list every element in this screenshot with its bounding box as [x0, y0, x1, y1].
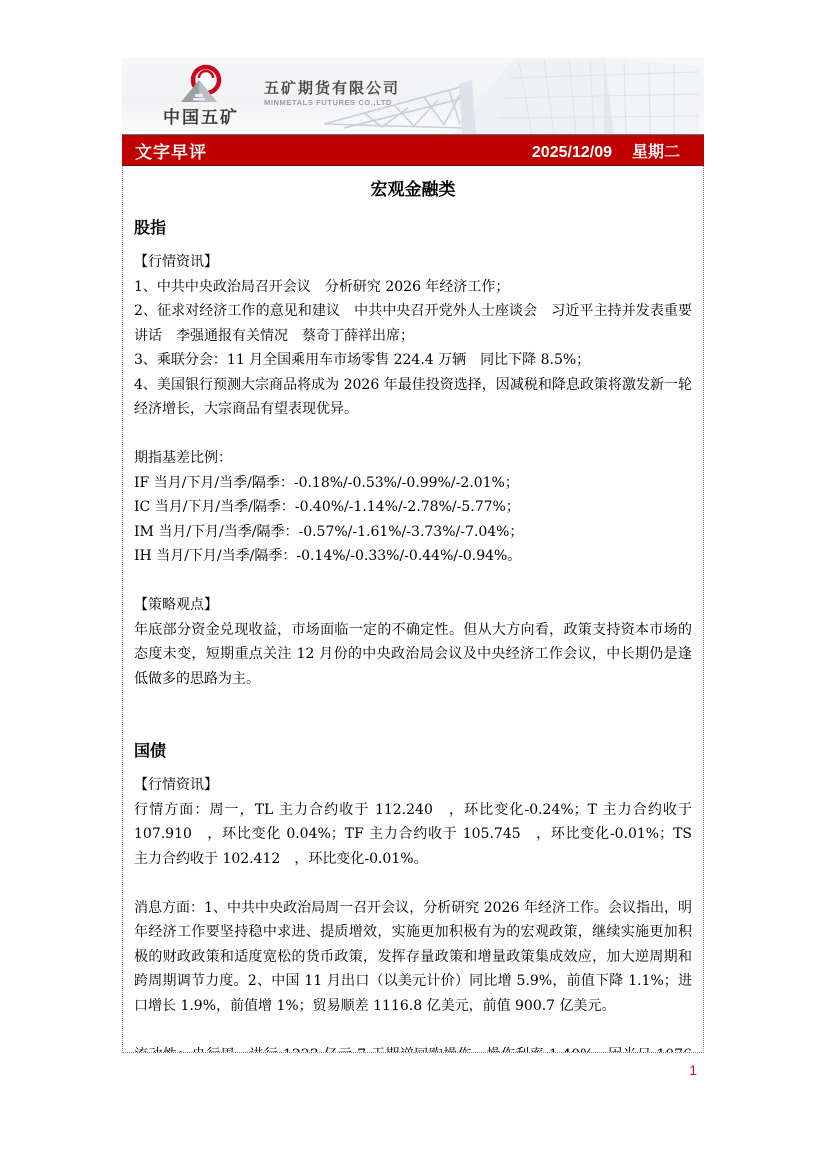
- basis-ratio-title: 期指基差比例：: [134, 446, 692, 471]
- report-weekday: 星期二: [632, 144, 680, 161]
- page-footer: 1: [122, 1062, 704, 1078]
- company-logo: 中国五矿: [146, 64, 256, 128]
- minmetals-logo-icon: [173, 64, 229, 104]
- report-type-title: 文字早评: [135, 138, 207, 163]
- market-info-label: 【行情资讯】: [134, 773, 692, 798]
- page-number: 1: [689, 1062, 697, 1078]
- report-date-block: 2025/12/09星期二: [532, 139, 680, 162]
- basis-line-ih: IH 当月/下月/当季/隔季：-0.14%/-0.33%/-0.44%/-0.9…: [134, 544, 692, 569]
- news-item: 2、征求对经济工作的意见和建议 中共中央召开党外人士座谈会 习近平主持并发表重要…: [134, 299, 692, 348]
- news-item: 4、美国银行预测大宗商品将成为 2026 年最佳投资选择，因减税和降息政策将激发…: [134, 373, 692, 422]
- basis-line-im: IM 当月/下月/当季/隔季：-0.57%/-1.61%/-3.73%/-7.0…: [134, 520, 692, 545]
- news-item: 3、乘联分会：11 月全国乘用车市场零售 224.4 万辆 同比下降 8.5%；: [134, 348, 692, 373]
- document-page: 中国五矿 五矿期货有限公司 MINMETALS FUTURES CO.,LTD …: [122, 58, 704, 1078]
- company-name-cn: 五矿期货有限公司: [264, 80, 400, 98]
- market-info-label: 【行情资讯】: [134, 250, 692, 275]
- company-name-block: 五矿期货有限公司 MINMETALS FUTURES CO.,LTD: [264, 80, 400, 108]
- company-name-en: MINMETALS FUTURES CO.,LTD: [264, 98, 400, 108]
- section-heading-treasury: 国债: [134, 740, 692, 764]
- report-date: 2025/12/09: [532, 144, 612, 161]
- basis-line-if: IF 当月/下月/当季/隔季：-0.18%/-0.53%/-0.99%/-2.0…: [134, 471, 692, 496]
- basis-line-ic: IC 当月/下月/当季/隔季：-0.40%/-1.14%/-2.78%/-5.7…: [134, 495, 692, 520]
- treasury-liquidity-text: 流动性：央行周一进行 1223 亿元 7 天期逆回购操作，操作利率 1.40%。…: [134, 1043, 692, 1054]
- treasury-news-text: 消息方面：1、中共中央政治局周一召开会议，分析研究 2026 年经济工作。会议指…: [134, 896, 692, 1019]
- treasury-quotes-text: 行情方面：周一，TL 主力合约收于 112.240 ，环比变化-0.24%；T …: [134, 798, 692, 872]
- title-banner: 文字早评 2025/12/09星期二: [122, 134, 704, 166]
- section-heading-stock-index: 股指: [134, 217, 692, 241]
- news-item: 1、中共中央政治局召开会议 分析研究 2026 年经济工作；: [134, 275, 692, 300]
- category-title: 宏观金融类: [134, 177, 692, 203]
- content-frame: 宏观金融类 股指 【行情资讯】 1、中共中央政治局召开会议 分析研究 2026 …: [122, 166, 704, 1053]
- brand-name: 中国五矿: [146, 108, 256, 128]
- strategy-view-label: 【策略观点】: [134, 593, 692, 618]
- letterhead: 中国五矿 五矿期货有限公司 MINMETALS FUTURES CO.,LTD: [122, 58, 704, 134]
- strategy-view-text: 年底部分资金兑现收益，市场面临一定的不确定性。但从大方向看，政策支持资本市场的态…: [134, 618, 692, 692]
